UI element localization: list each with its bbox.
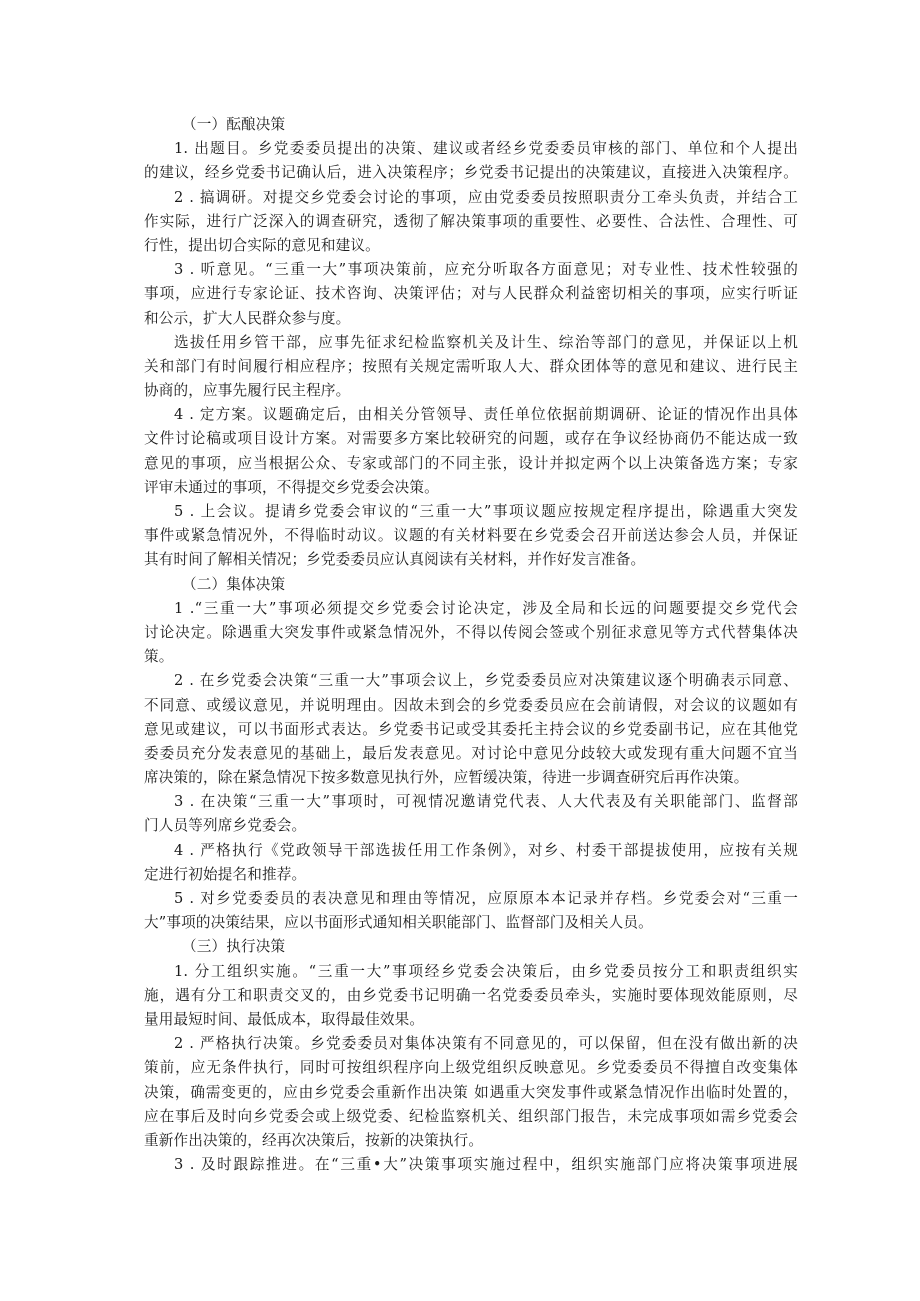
paragraph: 1. 分工组织实施。“三重一大”事项经乡党委会决策后，由乡党委员按分工和职责组织… xyxy=(144,960,798,1033)
paragraph-line: 文件讨论稿或项目设计方案。对需要多方案比较研究的问题，或存在争议经协商仍不能达成… xyxy=(144,427,798,451)
paragraph-line: 的建议，经乡党委书记确认后，进入决策程序；乡党委书记提出的决策建议，直接进入决策… xyxy=(144,161,798,185)
paragraph-line: 决策，确需变更的，应由乡党委会重新作出决策 如遇重大突发事件或紧急情况作出临时处… xyxy=(144,1081,798,1105)
paragraph: 选拔任用乡管干部，应事先征求纪检监察机关及计生、综治等部门的意见，并保证以上机 … xyxy=(144,331,798,404)
paragraph: 3 . 及时跟踪推进。在“三重•大”决策事项实施过程中，组织实施部门应将决策事项… xyxy=(144,1153,798,1177)
paragraph-line: 定进行初始提名和推荐。 xyxy=(144,863,798,887)
paragraph: 4 . 定方案。议题确定后，由相关分管领导、责任单位依据前期调研、论证的情况作出… xyxy=(144,403,798,500)
paragraph-line: 3 . 及时跟踪推进。在“三重•大”决策事项实施过程中，组织实施部门应将决策事项… xyxy=(144,1153,798,1177)
section-heading: （二）集体决策 xyxy=(144,573,798,597)
paragraph-line: 行性，提出切合实际的意见和建议。 xyxy=(144,234,798,258)
paragraph: 1. 出题目。乡党委委员提出的决策、建议或者经乡党委委员审核的部门、单位和个人提… xyxy=(144,137,798,185)
paragraph-line: 施，遇有分工和职责交叉的，由乡党委书记明确一名党委委员牵头，实施时要体现效能原则… xyxy=(144,984,798,1008)
paragraph: 3 . 在决策“三重一大”事项时，可视情况邀请党代表、人大代表及有关职能部门、监… xyxy=(144,790,798,838)
paragraph-line: 关和部门有时间履行相应程序；按照有关规定需听取人大、群众团体等的意见和建议、进行… xyxy=(144,355,798,379)
paragraph-line: 2 . 严格执行决策。乡党委委员对集体决策有不同意见的，可以保留，但在没有做出新… xyxy=(144,1032,798,1056)
paragraph: 4 . 严格执行《党政领导干部选拔任用工作条例》，对乡、村委干部提拔使用，应按有… xyxy=(144,839,798,887)
paragraph-line: 大”事项的决策结果，应以书面形式通知相关职能部门、监督部门及相关人员。 xyxy=(144,911,798,935)
paragraph-line: 重新作出决策的，经再次决策后，按新的决策执行。 xyxy=(144,1129,798,1153)
paragraph-line: 1. 分工组织实施。“三重一大”事项经乡党委会决策后，由乡党委员按分工和职责组织… xyxy=(144,960,798,984)
paragraph: 2 . 严格执行决策。乡党委委员对集体决策有不同意见的，可以保留，但在没有做出新… xyxy=(144,1032,798,1153)
paragraph-line: 事项，应进行专家论证、技术咨询、决策评估；对与人民群众利益密切相关的事项，应实行… xyxy=(144,282,798,306)
section-heading: （三）执行决策 xyxy=(144,935,798,959)
paragraph-line: 其有时间了解相关情况；乡党委委员应认真阅读有关材料，并作好发言准备。 xyxy=(144,548,798,572)
paragraph-line: 应在事后及时向乡党委会或上级党委、纪检监察机关、组织部门报告，未完成事项如需乡党… xyxy=(144,1105,798,1129)
paragraph-line: 5 . 上会议。提请乡党委会审议的“三重一大”事项议题应按规定程序提出，除遇重大… xyxy=(144,500,798,524)
paragraph: 5 . 对乡党委委员的表决意见和理由等情况，应原原本本记录并存档。乡党委会对“三… xyxy=(144,887,798,935)
paragraph-line: 1 .“三重一大”事项必须提交乡党委会讨论决定，涉及全局和长远的问题要提交乡党代… xyxy=(144,597,798,621)
paragraph-line: 3 . 在决策“三重一大”事项时，可视情况邀请党代表、人大代表及有关职能部门、监… xyxy=(144,790,798,814)
paragraph-line: 意见的事项，应当根据公众、专家或部门的不同主张，设计并拟定两个以上决策备选方案；… xyxy=(144,452,798,476)
paragraph-line: 2 . 搞调研。对提交乡党委会讨论的事项，应由党委委员按照职责分工牵头负责，并结… xyxy=(144,186,798,210)
paragraph-line: 委委员充分发表意见的基础上，最后发表意见。对讨论中意见分歧较大或发现有重大问题不… xyxy=(144,742,798,766)
paragraph-line: 选拔任用乡管干部，应事先征求纪检监察机关及计生、综治等部门的意见，并保证以上机 xyxy=(144,331,798,355)
paragraph-line: 4 . 定方案。议题确定后，由相关分管领导、责任单位依据前期调研、论证的情况作出… xyxy=(144,403,798,427)
paragraph-line: 策前，应无条件执行，同时可按组织程序向上级党组织反映意见。乡党委委员不得擅自改变… xyxy=(144,1056,798,1080)
paragraph: 2 . 在乡党委会决策“三重一大”事项会议上，乡党委委员应对决策建议逐个明确表示… xyxy=(144,669,798,790)
paragraph-line: 席决策的，除在紧急情况下按多数意见执行外，应暂缓决策，待进一步调查研究后再作决策… xyxy=(144,766,798,790)
paragraph-line: 评审未通过的事项，不得提交乡党委会决策。 xyxy=(144,476,798,500)
paragraph-line: 事件或紧急情况外，不得临时动议。议题的有关材料要在乡党委会召开前送达参会人员，并… xyxy=(144,524,798,548)
paragraph-line: 讨论决定。除遇重大突发事件或紧急情况外，不得以传阅会签或个别征求意见等方式代替集… xyxy=(144,621,798,645)
document-page: （一）酝酿决策 1. 出题目。乡党委委员提出的决策、建议或者经乡党委委员审核的部… xyxy=(144,113,798,1177)
paragraph-line: 4 . 严格执行《党政领导干部选拔任用工作条例》，对乡、村委干部提拔使用，应按有… xyxy=(144,839,798,863)
paragraph-line: 作实际，进行广泛深入的调查研究，透彻了解决策事项的重要性、必要性、合法性、合理性… xyxy=(144,210,798,234)
section-heading: （一）酝酿决策 xyxy=(144,113,798,137)
paragraph-line: 不同意、或缓议意见，并说明理由。因故未到会的乡党委委员应在会前请假，对会议的议题… xyxy=(144,694,798,718)
paragraph: 2 . 搞调研。对提交乡党委会讨论的事项，应由党委委员按照职责分工牵头负责，并结… xyxy=(144,186,798,259)
paragraph-line: 意见或建议，可以书面形式表达。乡党委书记或受其委托主持会议的乡党委副书记，应在其… xyxy=(144,718,798,742)
paragraph-line: 1. 出题目。乡党委委员提出的决策、建议或者经乡党委委员审核的部门、单位和个人提… xyxy=(144,137,798,161)
paragraph-line: 2 . 在乡党委会决策“三重一大”事项会议上，乡党委委员应对决策建议逐个明确表示… xyxy=(144,669,798,693)
paragraph-line: 3 . 听意见。“三重一大”事项决策前，应充分听取各方面意见；对专业性、技术性较… xyxy=(144,258,798,282)
paragraph-line: 协商的，应事先履行民主程序。 xyxy=(144,379,798,403)
paragraph-line: 和公示，扩大人民群众参与度。 xyxy=(144,307,798,331)
paragraph: 3 . 听意见。“三重一大”事项决策前，应充分听取各方面意见；对专业性、技术性较… xyxy=(144,258,798,331)
paragraph-line: 量用最短时间、最低成本，取得最佳效果。 xyxy=(144,1008,798,1032)
paragraph-line: 5 . 对乡党委委员的表决意见和理由等情况，应原原本本记录并存档。乡党委会对“三… xyxy=(144,887,798,911)
paragraph-line: 门人员等列席乡党委会。 xyxy=(144,814,798,838)
paragraph: 5 . 上会议。提请乡党委会审议的“三重一大”事项议题应按规定程序提出，除遇重大… xyxy=(144,500,798,573)
paragraph: 1 .“三重一大”事项必须提交乡党委会讨论决定，涉及全局和长远的问题要提交乡党代… xyxy=(144,597,798,670)
paragraph-line: 策。 xyxy=(144,645,798,669)
